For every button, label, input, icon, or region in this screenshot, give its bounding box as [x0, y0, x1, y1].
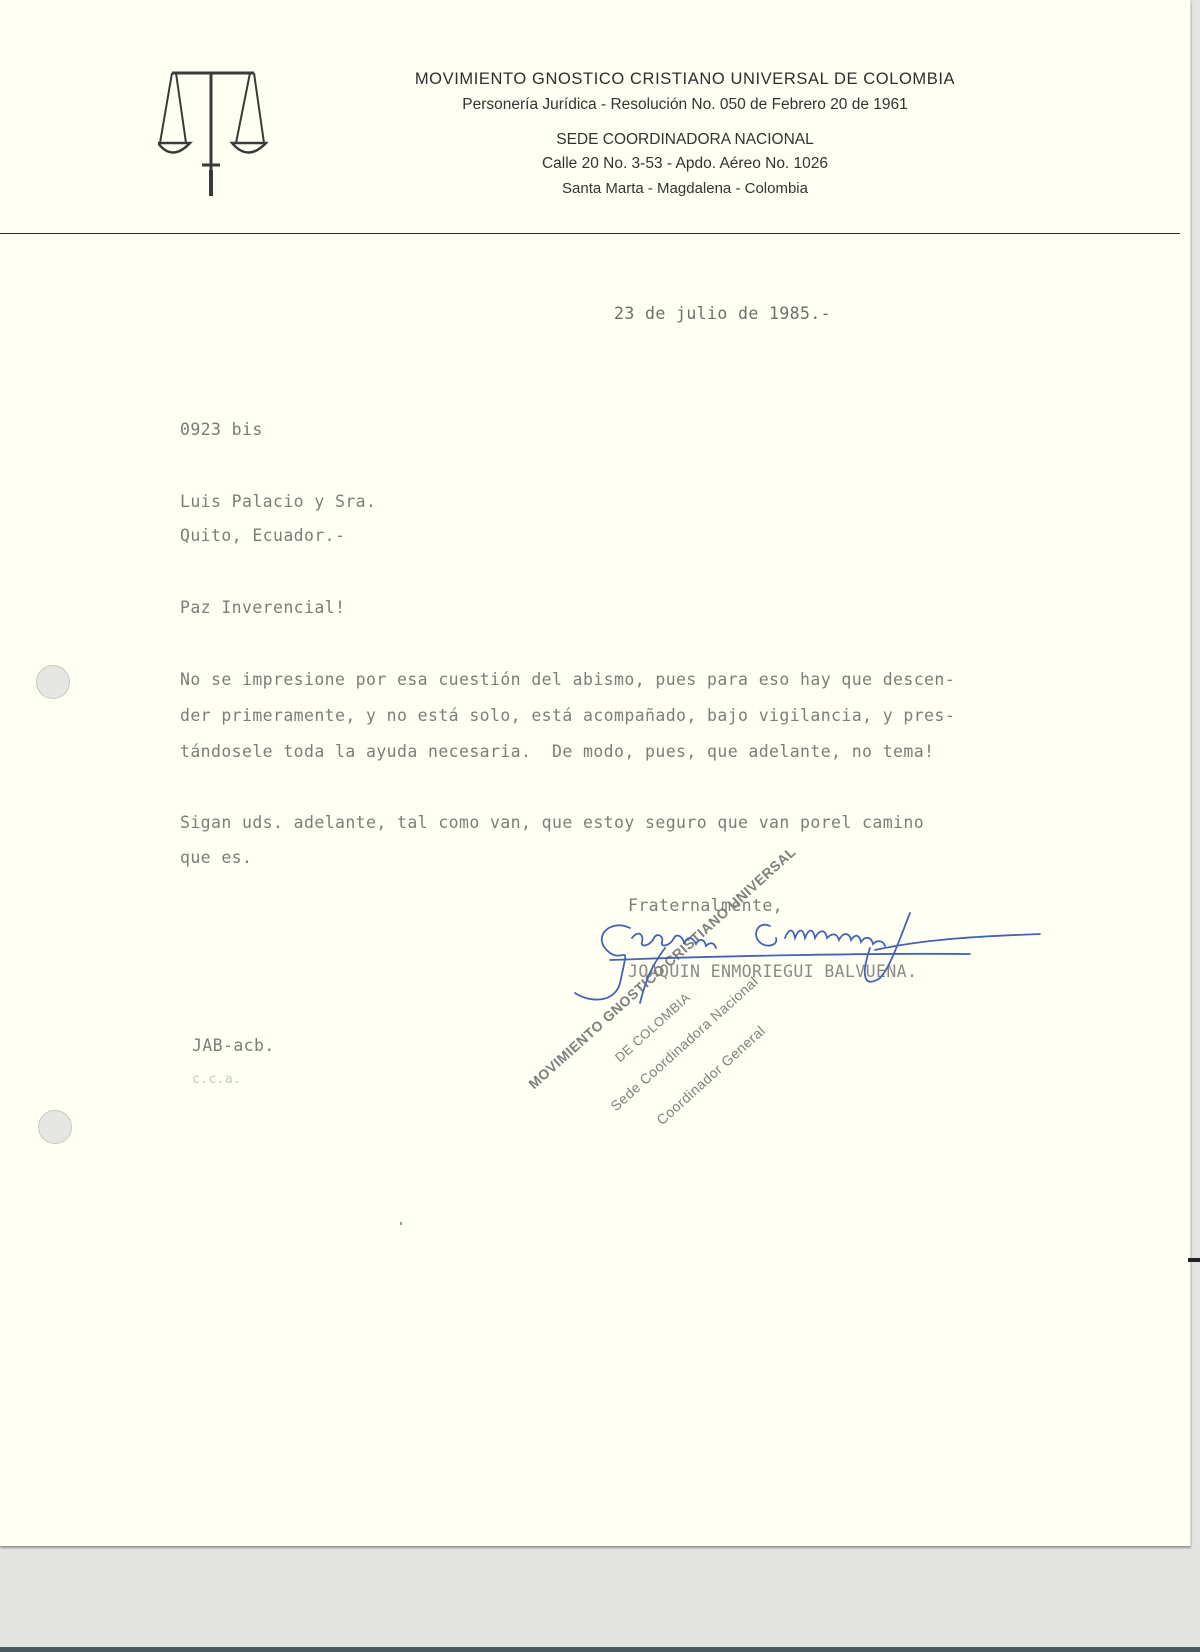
greeting: Paz Inverencial!: [180, 598, 345, 617]
recipient-name: Luis Palacio y Sra.: [180, 492, 376, 511]
letter-date: 23 de julio de 1985.-: [614, 304, 831, 323]
body-line: tándosele toda la ayuda necesaria. De mo…: [180, 742, 934, 761]
office-city: Santa Marta - Magdalena - Colombia: [380, 180, 990, 197]
legal-resolution: Personería Jurídica - Resolución No. 050…: [380, 96, 990, 114]
punch-hole: [36, 665, 70, 699]
paper-speck: [400, 1222, 402, 1225]
office-name: SEDE COORDINADORA NACIONAL: [380, 131, 990, 149]
body-line: Sigan uds. adelante, tal como van, que e…: [180, 813, 924, 832]
closing: Fraternalmente,: [628, 896, 783, 915]
recipient-city: Quito, Ecuador.-: [180, 526, 345, 545]
letterhead-divider: [0, 233, 1180, 234]
reference-number: 0923 bis: [180, 420, 263, 439]
typist-initials: JAB-acb.: [192, 1036, 275, 1055]
letter-page: MOVIMIENTO GNOSTICO CRISTIANO UNIVERSAL …: [0, 0, 1191, 1546]
organization-name: MOVIMIENTO GNOSTICO CRISTIANO UNIVERSAL …: [380, 70, 990, 89]
body-line: der primeramente, y no está solo, está a…: [180, 706, 955, 725]
stamp-line-title: Coordinador General: [653, 1022, 768, 1128]
punch-hole: [38, 1110, 72, 1144]
scanner-edge: [0, 1647, 1200, 1652]
scan-edge-mark: [1188, 1258, 1200, 1262]
scales-of-justice-icon: [158, 70, 268, 200]
office-address: Calle 20 No. 3-53 - Apdo. Aéreo No. 1026: [380, 155, 990, 173]
body-line: No se impresione por esa cuestión del ab…: [180, 670, 955, 689]
carbon-copy: c.c.a.: [192, 1072, 241, 1087]
body-line: que es.: [180, 848, 252, 867]
